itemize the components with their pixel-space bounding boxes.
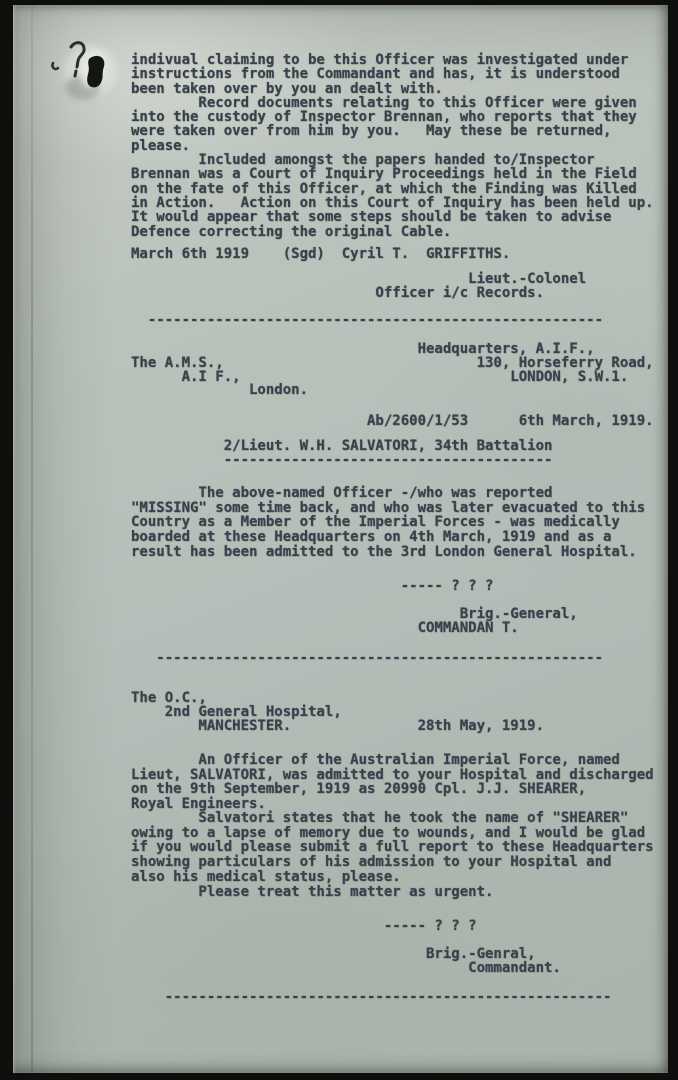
letter3-body-paragraph-2: Salvatori states that he took the name o… [131,811,654,899]
fold-crease [31,5,33,1073]
letter2-address-block: Headquarters, A.I.F., The A.M.S., 130, H… [131,343,654,398]
letter3-body-paragraph-1: An Officer of the Australian Imperial Fo… [131,753,654,812]
letter2-reference-line: Ab/2600/1/53 6th March, 1919. [131,414,654,428]
letter2-query-marks: ----- ? ? ? [131,579,493,593]
letter3-signoff: Brig.-Genral, Commandant. [131,947,561,976]
separator-line-3: ----------------------------------------… [131,990,611,1004]
letter1-date-signature-line: March 6th 1919 (Sgd) Cyril T. GRIFFITHS. [131,247,510,261]
paper-hole [33,33,123,113]
letter2-subject-line: 2/Lieut. W.H. SALVATORI, 34th Battalion … [131,439,552,468]
separator-line-1: ----------------------------------------… [131,313,603,327]
letter3-query-marks: ----- ? ? ? [131,919,477,933]
separator-line-2: ----------------------------------------… [131,651,603,665]
letter1-body-text: indivual claiming to be this Officer was… [131,53,654,239]
letter2-body-text: The above-named Officer -/who was report… [131,486,645,560]
letter3-address-block: The O.C., 2nd General Hospital, MANCHEST… [131,692,544,733]
letter1-signoff: Lieut.-Colonel Officer i/c Records. [131,272,586,301]
document-page: indivual claiming to be this Officer was… [13,5,668,1073]
photo-background: indivual claiming to be this Officer was… [0,0,678,1080]
letter2-signoff: Brig.-General, COMMANDAN T. [131,607,578,636]
